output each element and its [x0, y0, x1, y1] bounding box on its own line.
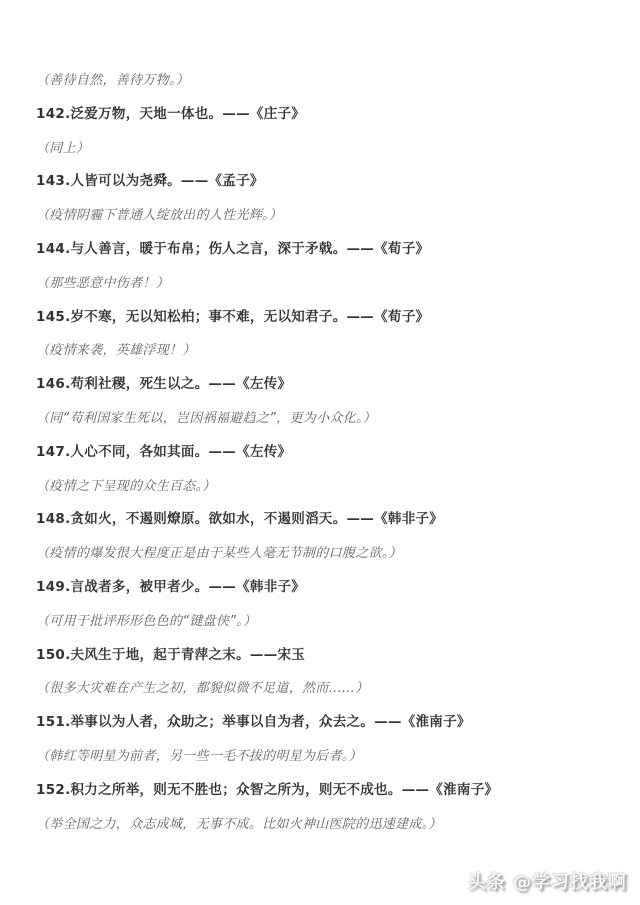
quote-line: 145.岁不寒，无以知松柏；事不难，无以知君子。——《荀子》 [36, 301, 620, 335]
quote-line: 149.言战者多，被甲者少。——《韩非子》 [36, 571, 620, 605]
quote-line: 146.苟利社稷，死生以之。——《左传》 [36, 368, 620, 402]
quote-line: 150.夫风生于地，起于青萍之末。——宋玉 [36, 639, 620, 673]
comment-line: （疫情来袭，英雄浮现！） [36, 334, 620, 368]
quote-line: 143.人皆可以为尧舜。——《孟子》 [36, 165, 620, 199]
comment-line: （很多大灾难在产生之初，都貌似微不足道，然而……） [36, 672, 620, 706]
comment-line: （可用于批评形形色色的“键盘侠”。） [36, 605, 620, 639]
quote-list: （善待自然，善待万物。）142.泛爱万物，天地一体也。——《庄子》（同上）143… [36, 64, 620, 841]
quote-line: 148.贪如火，不遏则燎原。欲如水，不遏则滔天。——《韩非子》 [36, 503, 620, 537]
comment-line: （同“苟利国家生死以，岂因祸福避趋之”，更为小众化。） [36, 402, 620, 436]
comment-line: （那些恶意中伤者！） [36, 267, 620, 301]
comment-line: （疫情的爆发很大程度正是由于某些人毫无节制的口腹之欲。） [36, 537, 620, 571]
quote-line: 151.举事以为人者，众助之；举事以自为者，众去之。——《淮南子》 [36, 706, 620, 740]
toutiao-watermark: 头条 @学习找我啊 [468, 868, 627, 894]
comment-line: （善待自然，善待万物。） [36, 64, 620, 98]
quote-line: 147.人心不同，各如其面。——《左传》 [36, 436, 620, 470]
quote-line: 144.与人善言，暖于布帛；伤人之言，深于矛戟。——《荀子》 [36, 233, 620, 267]
quote-line: 142.泛爱万物，天地一体也。——《庄子》 [36, 98, 620, 132]
comment-line: （疫情之下呈现的众生百态。） [36, 470, 620, 504]
comment-line: （举全国之力，众志成城，无事不成。比如火神山医院的迅速建成。） [36, 808, 620, 842]
document-page: （善待自然，善待万物。）142.泛爱万物，天地一体也。——《庄子》（同上）143… [0, 0, 640, 905]
quote-line: 152.积力之所举，则无不胜也；众智之所为，则无不成也。——《淮南子》 [36, 774, 620, 808]
comment-line: （同上） [36, 132, 620, 166]
comment-line: （韩红等明星为前者，另一些一毛不拔的明星为后者。） [36, 740, 620, 774]
comment-line: （疫情阴霾下普通人绽放出的人性光辉。） [36, 199, 620, 233]
